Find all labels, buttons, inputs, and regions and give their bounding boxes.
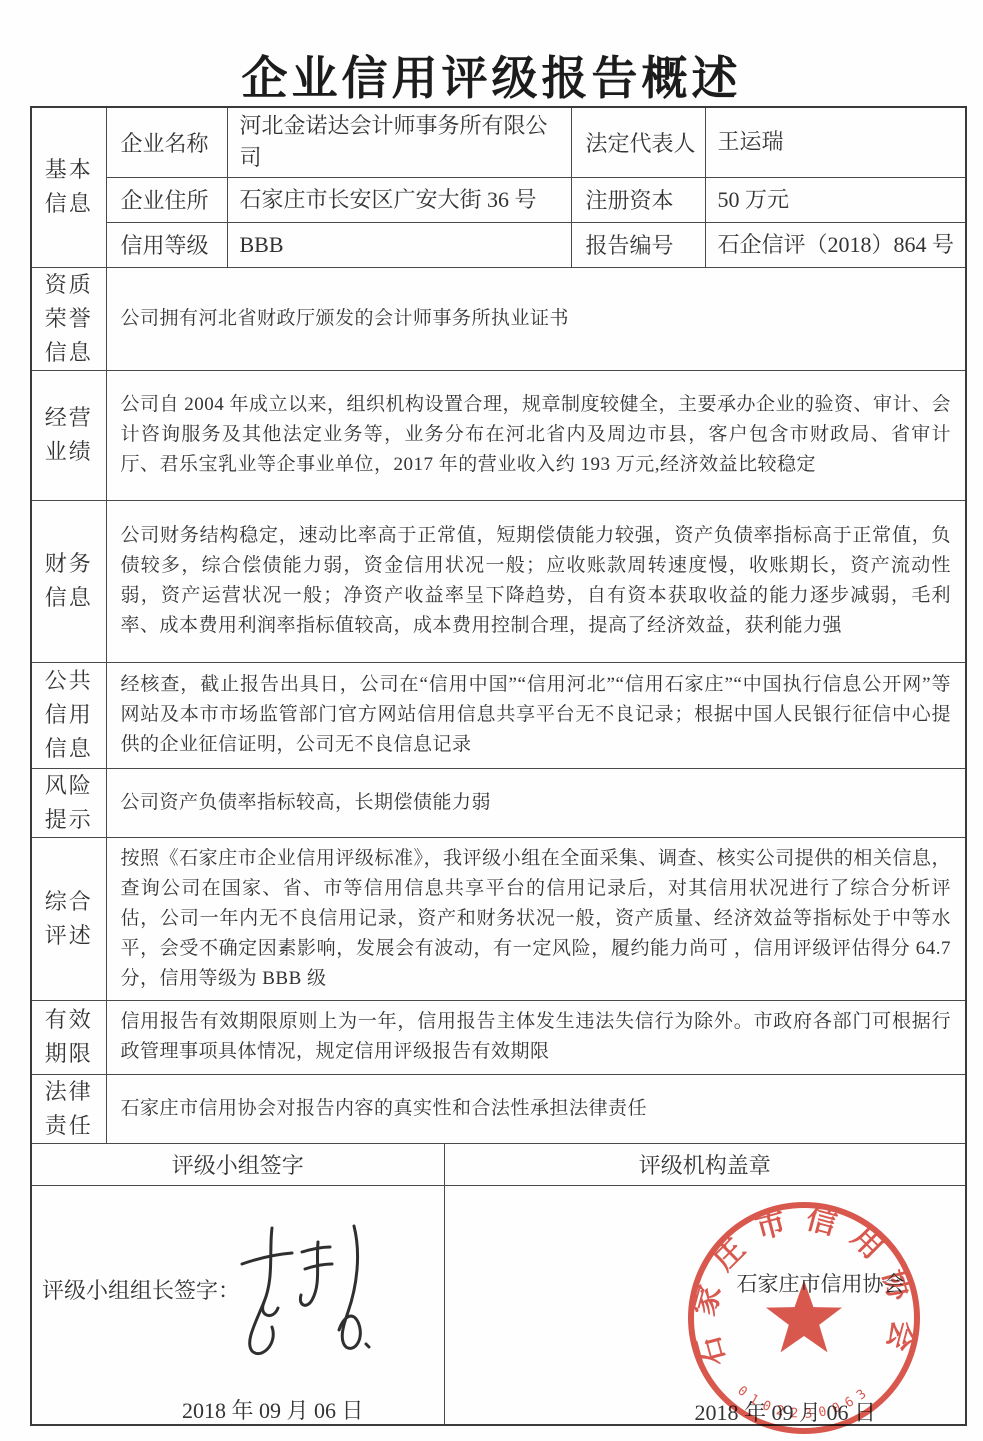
section-label-risk-warning: 风险提示 [31, 768, 106, 837]
signature-cell: 评级小组组长签字： 2018 年 09 月 06 日 [31, 1185, 444, 1425]
section-label: 基本信息 [44, 153, 94, 221]
report-page: 企业信用评级报告概述 基本信息 企业名称 河北金诺达会计师事务所有限公司 法定代… [0, 0, 983, 1441]
field-value-company-name: 河北金诺达会计师事务所有限公司 [227, 107, 571, 177]
section-text: 公司自 2004 年成立以来，组织机构设置合理，规章制度较健全，主要承办企业的验… [121, 390, 952, 480]
section-text: 公司拥有河北省财政厅颁发的会计师事务所执业证书 [121, 304, 952, 334]
section-label-business-performance: 经营业绩 [31, 370, 106, 500]
section-cell-validity-period: 信用报告有效期限原则上为一年，信用报告主体发生违法失信行为除外。市政府各部门可根… [106, 1000, 966, 1074]
svg-text:0102230063: 0102230063 [734, 1382, 874, 1422]
field-label-company-address: 企业住所 [106, 177, 227, 222]
section-label-validity-period: 有效期限 [31, 1000, 106, 1074]
page-title: 企业信用评级报告概述 [0, 42, 983, 108]
section-cell-public-credit: 经核查，截止报告出具日，公司在“信用中国”“信用河北”“信用石家庄”“中国执行信… [106, 662, 966, 768]
section-cell-qualification: 公司拥有河北省财政厅颁发的会计师事务所执业证书 [106, 267, 966, 370]
official-seal: 石家庄市信用协会 0102230063 [684, 1198, 924, 1438]
section-text: 公司资产负债率指标较高，长期偿债能力弱 [121, 788, 952, 818]
field-label-legal-representative: 法定代表人 [571, 107, 705, 177]
field-value-credit-rating: BBB [227, 222, 571, 267]
report-table: 基本信息 企业名称 河北金诺达会计师事务所有限公司 法定代表人 王运瑞 企业住所… [30, 106, 967, 1426]
section-label-overall-review: 综合评述 [31, 837, 106, 1000]
field-label-credit-rating: 信用等级 [106, 222, 227, 267]
field-value-registered-capital: 50 万元 [705, 177, 966, 222]
field-value-report-number: 石企信评（2018）864 号 [705, 222, 966, 267]
field-label-company-name: 企业名称 [106, 107, 227, 177]
section-label-financial-info: 财务信息 [31, 500, 106, 662]
seal-cell: 石家庄市信用协会 石家庄市信用协会 0102230063 2018 年 09 月… [444, 1185, 966, 1425]
section-label-qualification: 资质荣誉信息 [31, 267, 106, 370]
section-text: 经核查，截止报告出具日，公司在“信用中国”“信用河北”“信用石家庄”“中国执行信… [121, 670, 952, 760]
field-label-registered-capital: 注册资本 [571, 177, 705, 222]
signature-header-left: 评级小组签字 [31, 1143, 444, 1185]
section-label-legal-liability: 法律责任 [31, 1074, 106, 1143]
field-label-report-number: 报告编号 [571, 222, 705, 267]
field-value-legal-representative: 王运瑞 [705, 107, 966, 177]
organization-name: 石家庄市信用协会 [737, 1268, 905, 1298]
seal-code: 0102230063 [734, 1382, 874, 1422]
section-cell-business-performance: 公司自 2004 年成立以来，组织机构设置合理，规章制度较健全，主要承办企业的验… [106, 370, 966, 500]
section-text: 按照《石家庄市企业信用评级标准》，我评级小组在全面采集、调查、核实公司提供的相关… [121, 844, 952, 994]
section-cell-risk-warning: 公司资产负债率指标较高，长期偿债能力弱 [106, 768, 966, 837]
signature-header-right: 评级机构盖章 [444, 1143, 966, 1185]
section-cell-legal-liability: 石家庄市信用协会对报告内容的真实性和合法性承担法律责任 [106, 1074, 966, 1143]
handwritten-signature [228, 1222, 398, 1372]
left-date: 2018 年 09 月 06 日 [182, 1394, 364, 1425]
section-label-public-credit: 公共信用信息 [31, 662, 106, 768]
section-text: 公司财务结构稳定，速动比率高于正常值，短期偿债能力较强，资产负债率指标高于正常值… [121, 521, 952, 641]
section-cell-financial-info: 公司财务结构稳定，速动比率高于正常值，短期偿债能力较强，资产负债率指标高于正常值… [106, 500, 966, 662]
section-text: 信用报告有效期限原则上为一年，信用报告主体发生违法失信行为除外。市政府各部门可根… [121, 1007, 952, 1067]
section-cell-overall-review: 按照《石家庄市企业信用评级标准》，我评级小组在全面采集、调查、核实公司提供的相关… [106, 837, 966, 1000]
section-label-basic-info: 基本信息 [31, 107, 106, 267]
section-text: 石家庄市信用协会对报告内容的真实性和合法性承担法律责任 [121, 1094, 952, 1124]
leader-signature-label: 评级小组组长签字： [42, 1274, 240, 1305]
field-value-company-address: 石家庄市长安区广安大街 36 号 [227, 177, 571, 222]
